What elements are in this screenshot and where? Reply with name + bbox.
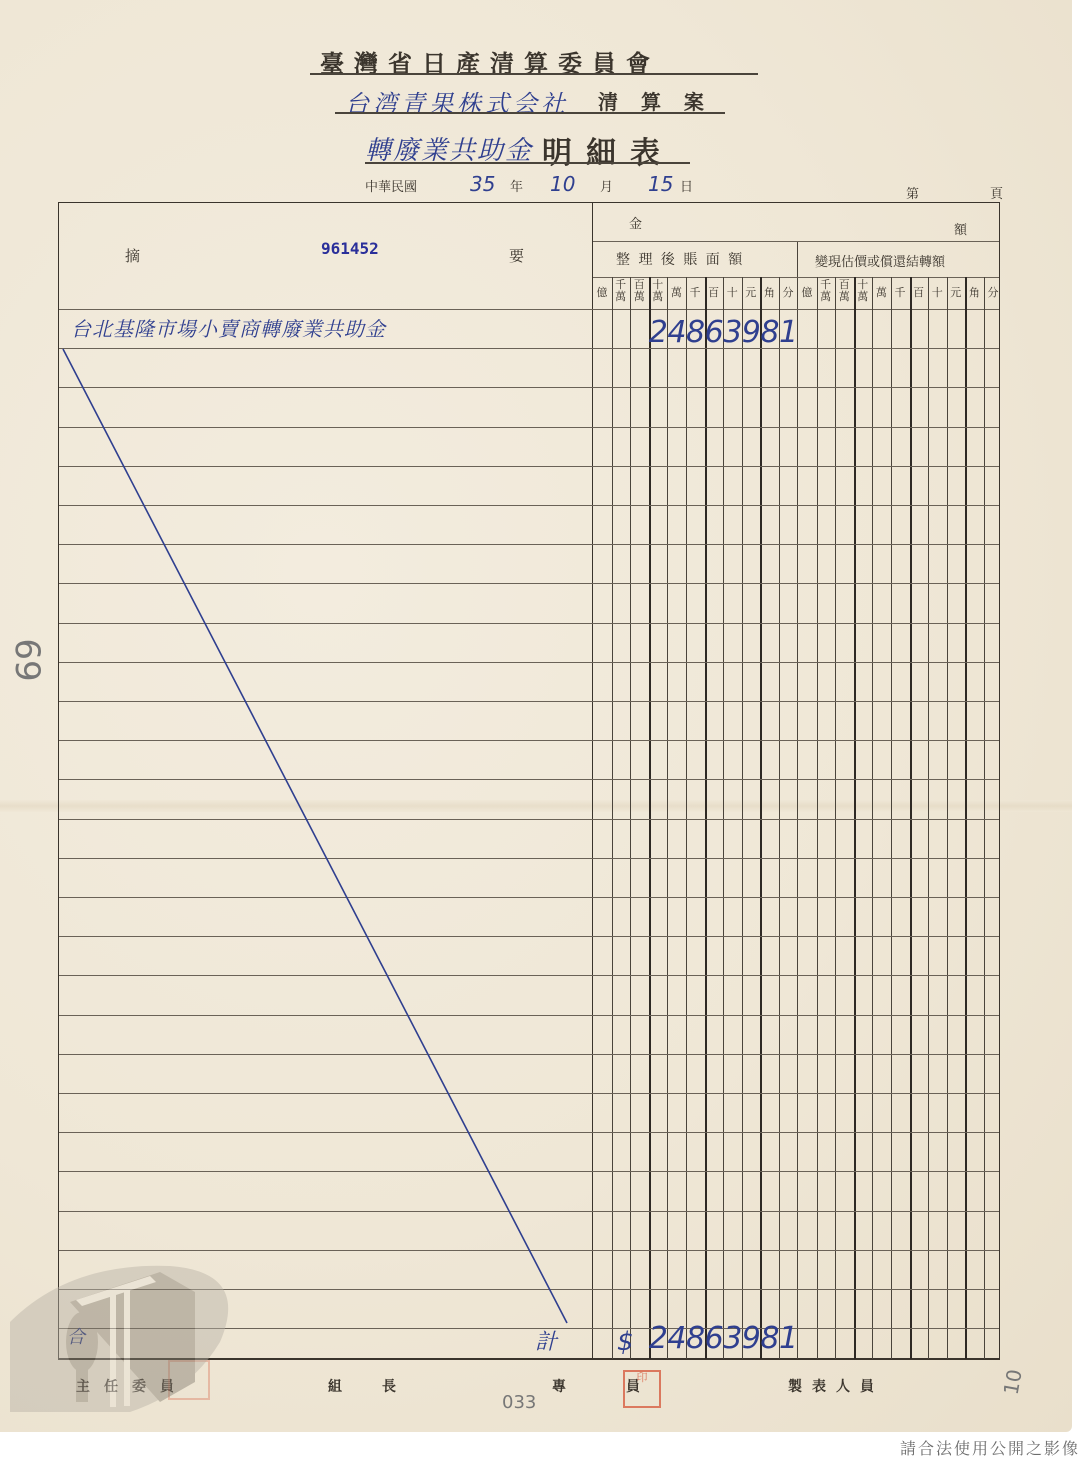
cancel-diagonal-line [59,203,999,1359]
total-currency-sign: $ [617,1327,634,1357]
title-underline [310,73,758,75]
title-underline [335,112,725,114]
date-era-label: 中華民國 [365,176,417,195]
total-label-right: 計 [535,1325,557,1356]
margin-note-bottom: 033 [502,1392,536,1413]
archive-logo-watermark [10,1262,250,1412]
margin-note-right: 10 [999,1367,1027,1396]
officer-seal: 印 [623,1370,661,1408]
signature-group-leader-label: 組長 [328,1376,436,1396]
signature-preparer-label: 製表人員 [788,1376,884,1396]
date-year: 35 [470,172,495,196]
page-label-2: 頁 [990,183,1003,202]
table-row-description: 台北基隆市場小賣商轉廢業共助金 [71,313,386,342]
date-month-label: 月 [600,176,613,195]
usage-watermark: 請合法使用公開之影像 [900,1436,1080,1459]
form-title: 明細表 [542,128,674,172]
date-day: 15 [648,172,673,196]
date-month: 10 [550,172,575,196]
margin-note-left: 69 [10,638,50,681]
case-label: 清 算 案 [598,86,712,115]
detail-table: 摘 要 961452 金 額 整 理 後 賬 面 額 變現估價或償還結轉額 億千… [58,202,1000,1360]
date-year-label: 年 [510,176,523,195]
date-day-label: 日 [680,176,693,195]
title-underline [365,162,690,164]
page-label-1: 第 [906,183,919,202]
